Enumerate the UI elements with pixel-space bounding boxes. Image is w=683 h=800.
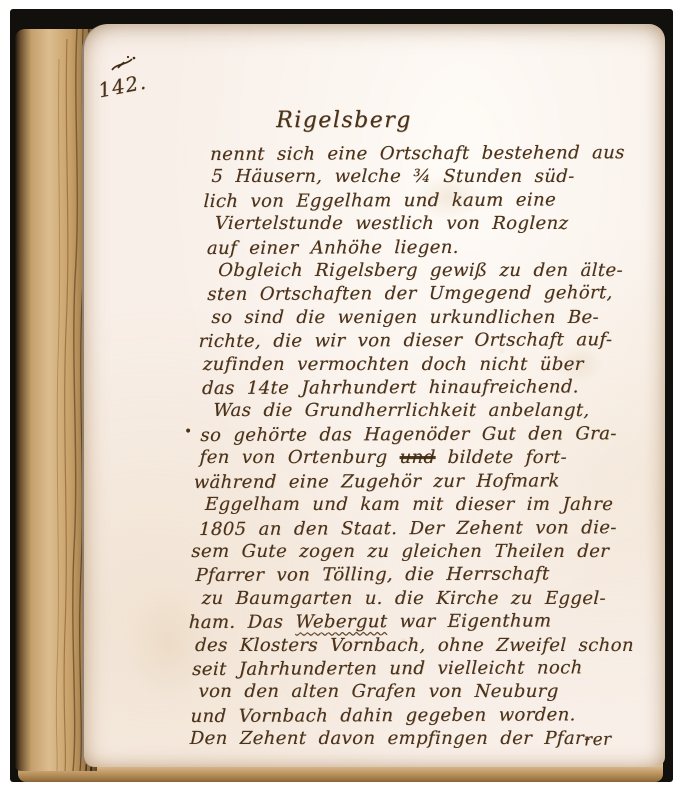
wavy-underline-word: Webergut — [295, 611, 388, 632]
text-line: nennt sich eine Ortschaft bestehend aus — [210, 141, 663, 166]
text-segment: ham. Das — [189, 612, 296, 633]
text-line: Pfarrer von Tölling, die Herrschaft — [195, 562, 648, 587]
text-line: sten Ortschaften der Umgegend gehört, — [207, 281, 658, 306]
text-line: richte, die wir von dieser Ortschaft auf… — [198, 328, 656, 353]
manuscript-page: 142. Rigelsberg • nennt sich eine Ortsch… — [82, 24, 665, 767]
page-title: Rigelsberg — [84, 108, 604, 133]
text-line: 5 Häusern, welche ¾ Stunden süd- — [211, 165, 662, 188]
text-segment: bildete fort- — [435, 447, 567, 468]
manuscript-text: nennt sich eine Ortschaft bestehend aus … — [189, 142, 662, 751]
text-line: Eggelham und kam mit dieser im Jahre — [205, 493, 651, 516]
text-line: Obgleich Rigelsberg gewiß zu den älte- — [218, 259, 659, 282]
margin-dot: • — [184, 424, 192, 440]
text-line: Was die Grundherrlichkeit anbelangt, — [213, 399, 654, 422]
strikethrough-word: und — [399, 447, 436, 468]
text-line: Viertelstunde westlich von Roglenz — [214, 212, 660, 235]
text-line: so gehörte das Hagenöder Gut den Gra- — [200, 422, 653, 447]
text-line: zufinden vermochten doch nicht über — [202, 353, 655, 376]
text-line: seit Jahrhunderten und vielleicht noch — [192, 656, 645, 681]
text-segment: war Eigenthum — [387, 611, 552, 633]
text-line: während eine Zugehör zur Hofmark — [193, 469, 651, 494]
text-line: von den alten Grafen von Neuburg — [198, 680, 644, 703]
text-line: ham. Das Webergut war Eigenthum — [188, 609, 646, 634]
text-segment: fen von Ortenburg — [199, 447, 400, 468]
text-line: des Klosters Vornbach, ohne Zweifel scho… — [195, 634, 646, 657]
text-line: fen von Ortenburg und bildete fort- — [199, 446, 652, 469]
text-line: zu Baumgarten u. die Kirche zu Eggel- — [201, 587, 647, 610]
page-number: 142. — [96, 70, 148, 103]
text-line: 1805 an den Staat. Der Zehent von die- — [199, 516, 650, 541]
text-line: sem Gute zogen zu gleichen Theilen der — [191, 540, 649, 563]
text-line: so sind die wenigen urkundlichen Be- — [211, 306, 657, 329]
text-line: das 14te Jahrhundert hinaufreichend. — [202, 375, 655, 400]
text-line: Den Zehent davon empfingen der Pfar- — [189, 727, 642, 750]
catchword: rer — [584, 730, 612, 751]
text-line: und Vornbach dahin gegeben worden. — [190, 703, 643, 728]
text-line: auf einer Anhöhe liegen. — [207, 235, 660, 260]
text-line: lich von Eggelham und kaum eine — [203, 188, 661, 213]
scan-photo-background: 142. Rigelsberg • nennt sich eine Ortsch… — [10, 9, 673, 782]
